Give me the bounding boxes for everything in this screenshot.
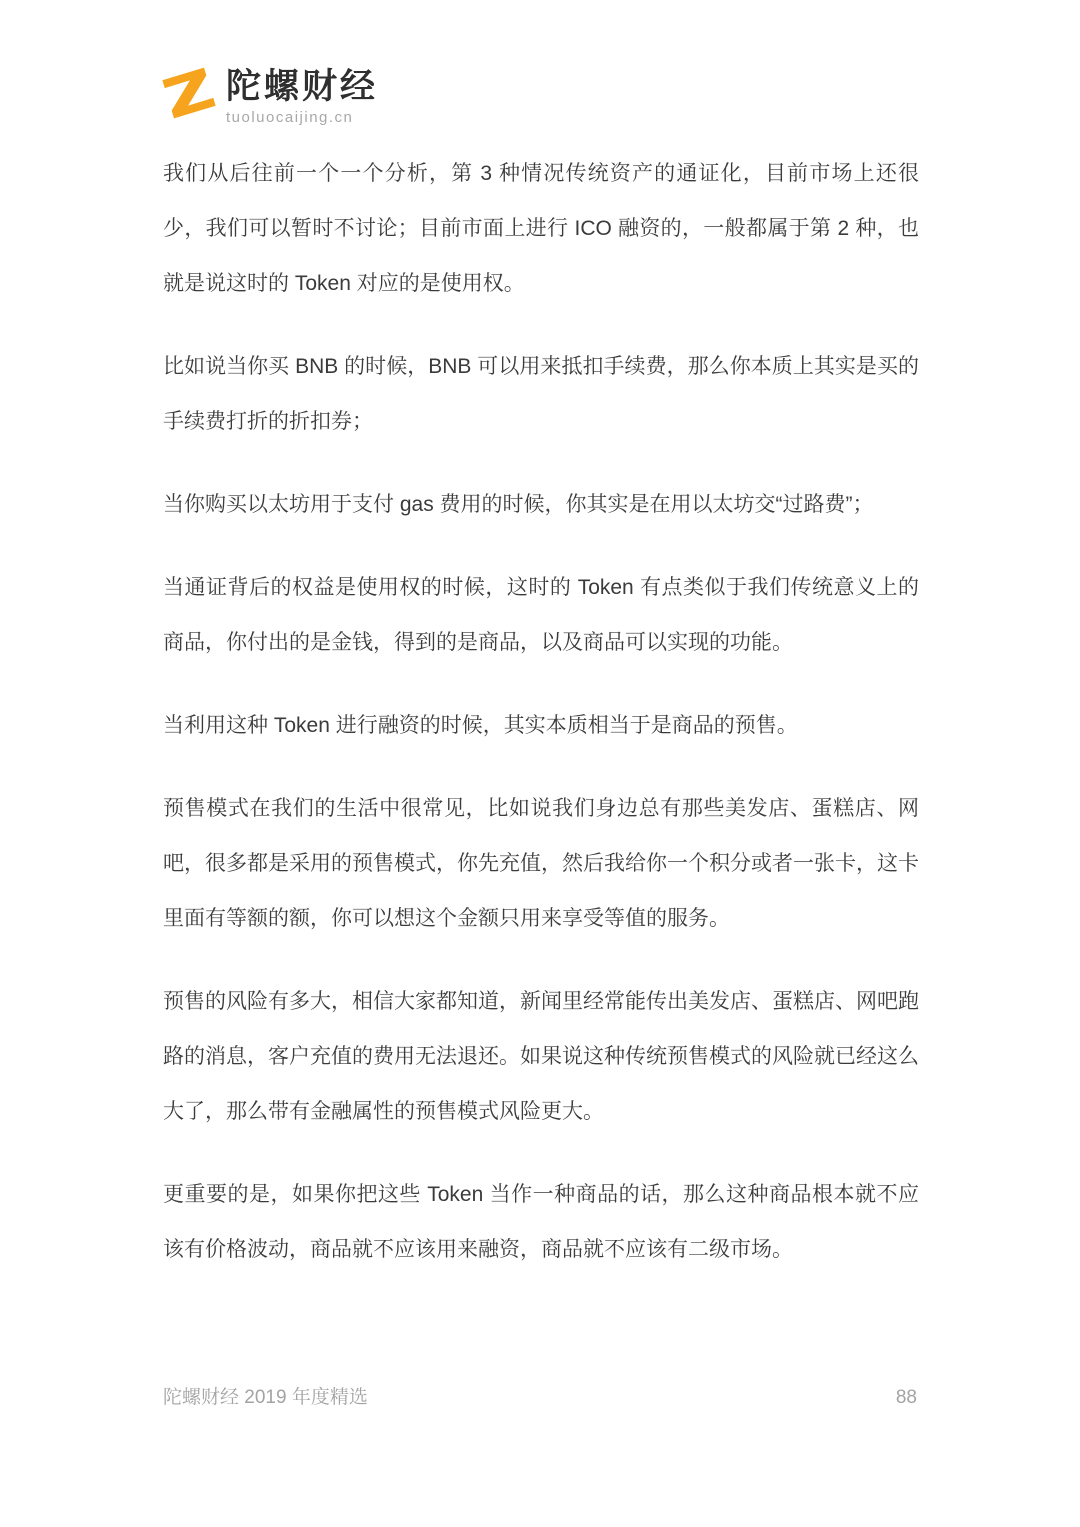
page-number: 88 xyxy=(896,1387,917,1409)
paragraph-2: 比如说当你买 BNB 的时候，BNB 可以用来抵扣手续费，那么你本质上其实是买的… xyxy=(163,339,919,449)
logo-text-block: 陀螺财经 tuoluocaijing.cn xyxy=(226,60,378,126)
logo-z-icon xyxy=(160,60,218,126)
brand-name: 陀螺财经 xyxy=(226,68,378,107)
page-footer: 陀螺财经 2019 年度精选 88 xyxy=(163,1382,917,1409)
brand-tagline: tuoluocaijing.cn xyxy=(226,109,378,126)
paragraph-5: 当利用这种 Token 进行融资的时候，其实本质相当于是商品的预售。 xyxy=(163,698,919,753)
paragraph-8: 更重要的是，如果你把这些 Token 当作一种商品的话，那么这种商品根本就不应该… xyxy=(163,1167,919,1277)
paragraph-1: 我们从后往前一个一个分析，第 3 种情况传统资产的通证化，目前市场上还很少，我们… xyxy=(163,146,919,311)
paragraph-7: 预售的风险有多大，相信大家都知道，新闻里经常能传出美发店、蛋糕店、网吧跑路的消息… xyxy=(163,974,919,1139)
paragraph-6: 预售模式在我们的生活中很常见，比如说我们身边总有那些美发店、蛋糕店、网吧，很多都… xyxy=(163,781,919,946)
footer-booklet-title: 陀螺财经 2019 年度精选 xyxy=(163,1382,368,1409)
paragraph-3: 当你购买以太坊用于支付 gas 费用的时候，你其实是在用以太坊交“过路费”； xyxy=(163,477,919,532)
paragraph-4: 当通证背后的权益是使用权的时候，这时的 Token 有点类似于我们传统意义上的商… xyxy=(163,560,919,670)
brand-logo: 陀螺财经 tuoluocaijing.cn xyxy=(160,60,378,126)
article-body: 我们从后往前一个一个分析，第 3 种情况传统资产的通证化，目前市场上还很少，我们… xyxy=(163,146,919,1277)
document-page: 陀螺财经 tuoluocaijing.cn 我们从后往前一个一个分析，第 3 种… xyxy=(0,0,1080,1527)
